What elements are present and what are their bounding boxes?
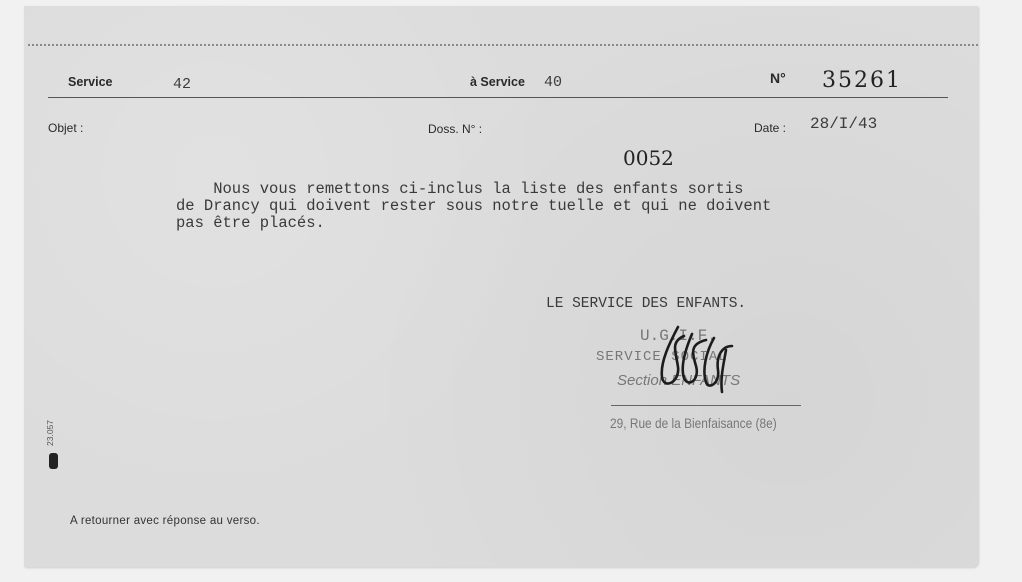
to-service-label: à Service: [470, 75, 525, 89]
perforation-line: [28, 44, 978, 46]
number-label: N°: [770, 70, 786, 86]
dossier-label: Doss. N° :: [428, 122, 482, 136]
signoff: LE SERVICE DES ENFANTS.: [546, 296, 746, 312]
body-line: Nous vous remettons ci-inclus la liste d…: [176, 181, 936, 198]
memo-body: Nous vous remettons ci-inclus la liste d…: [176, 181, 936, 232]
date-label: Date :: [754, 121, 786, 135]
stamp-rule: [611, 405, 801, 406]
return-instruction: A retourner avec réponse au verso.: [70, 515, 260, 527]
date-value: 28/I/43: [810, 115, 877, 133]
object-label: Objet :: [48, 121, 83, 135]
body-line: pas être placés.: [176, 215, 936, 232]
service-label: Service: [68, 75, 112, 89]
signature-icon: [640, 322, 760, 402]
body-line: de Drancy qui doivent rester sous notre …: [176, 198, 936, 215]
header-rule: [48, 97, 948, 98]
to-service-value: 40: [544, 74, 562, 91]
form-code: 23.057: [45, 420, 55, 446]
reference-number: 0052: [623, 146, 674, 170]
stamp-address: 29, Rue de la Bienfaisance (8e): [610, 415, 777, 431]
printer-logo-icon: [49, 453, 58, 469]
service-value: 42: [173, 76, 191, 93]
document-number: 35261: [822, 68, 902, 93]
